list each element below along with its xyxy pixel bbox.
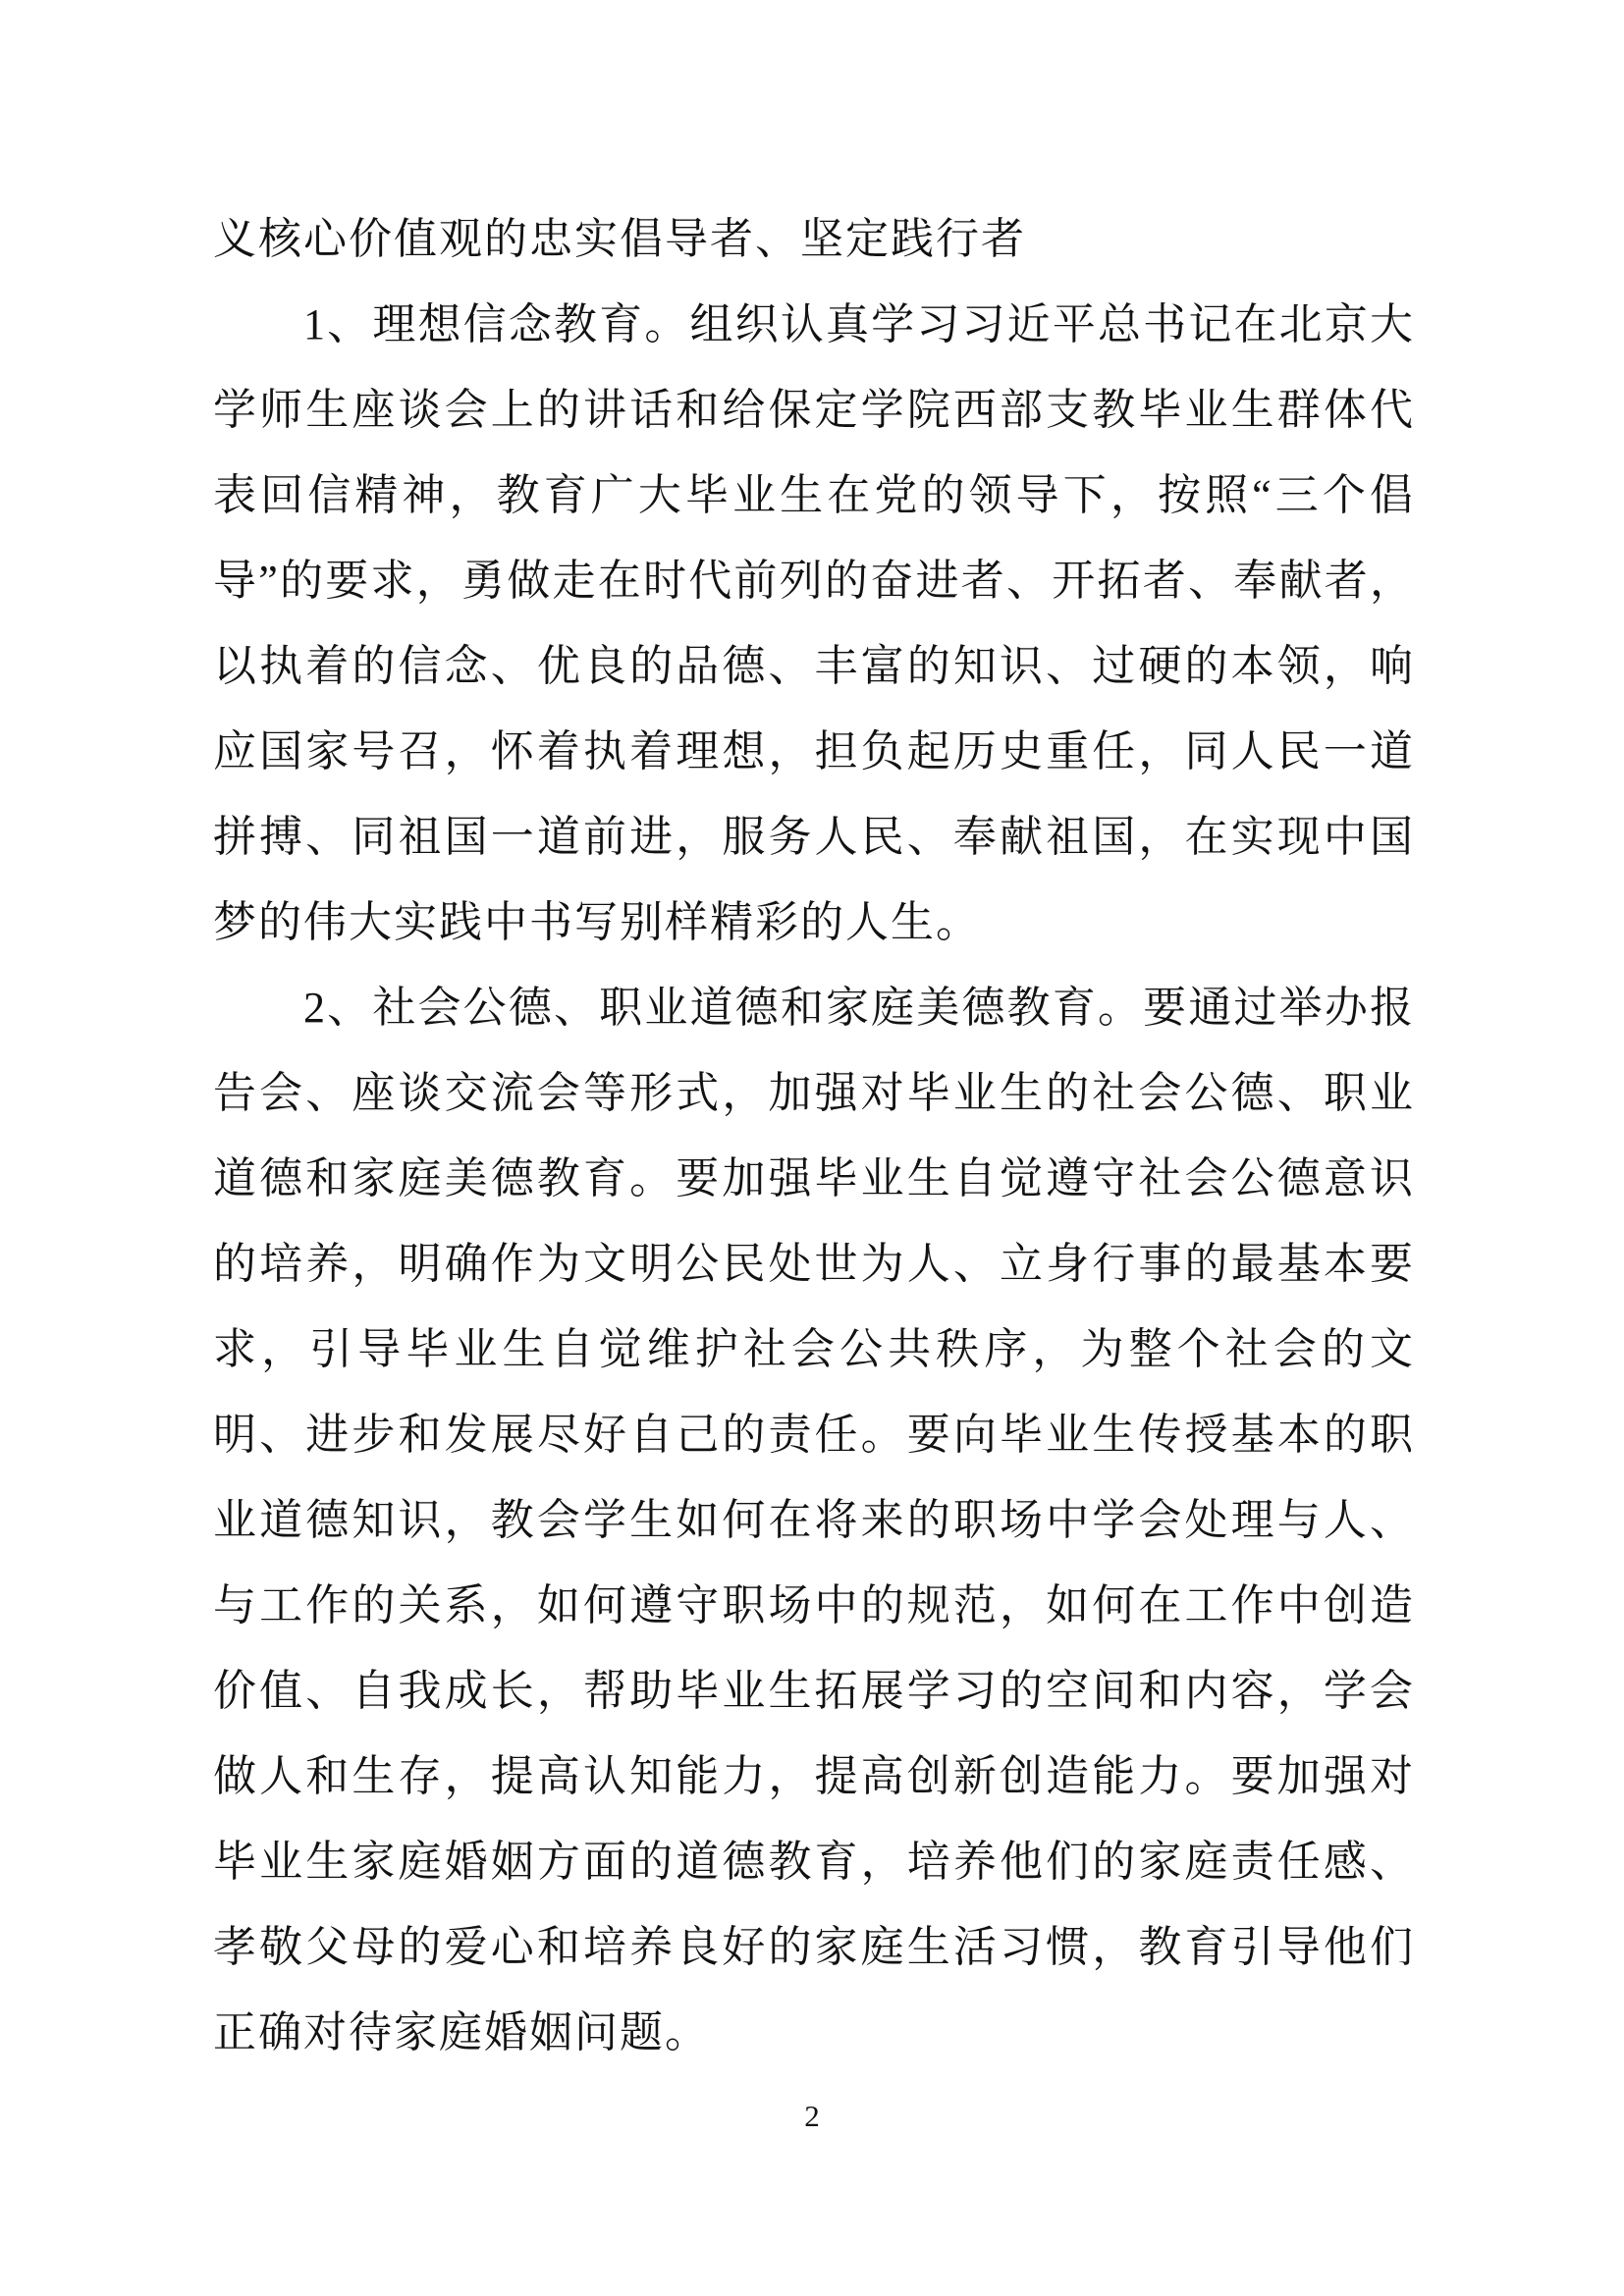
- document-page: 义核心价值观的忠实倡导者、坚定践行者 1、理想信念教育。组织认真学习习近平总书记…: [0, 0, 1624, 2296]
- page-number: 2: [804, 2099, 820, 2133]
- page-footer: 2: [0, 2097, 1624, 2136]
- paragraph-continuation: 义核心价值观的忠实倡导者、坚定践行者: [213, 196, 1415, 282]
- document-text-block: 义核心价值观的忠实倡导者、坚定践行者 1、理想信念教育。组织认真学习习近平总书记…: [213, 196, 1415, 2075]
- paragraph-ideal-belief-education: 1、理想信念教育。组织认真学习习近平总书记在北京大学师生座谈会上的讲话和给保定学…: [213, 282, 1415, 965]
- paragraph-social-morality-education: 2、社会公德、职业道德和家庭美德教育。要通过举办报告会、座谈交流会等形式，加强对…: [213, 965, 1415, 2075]
